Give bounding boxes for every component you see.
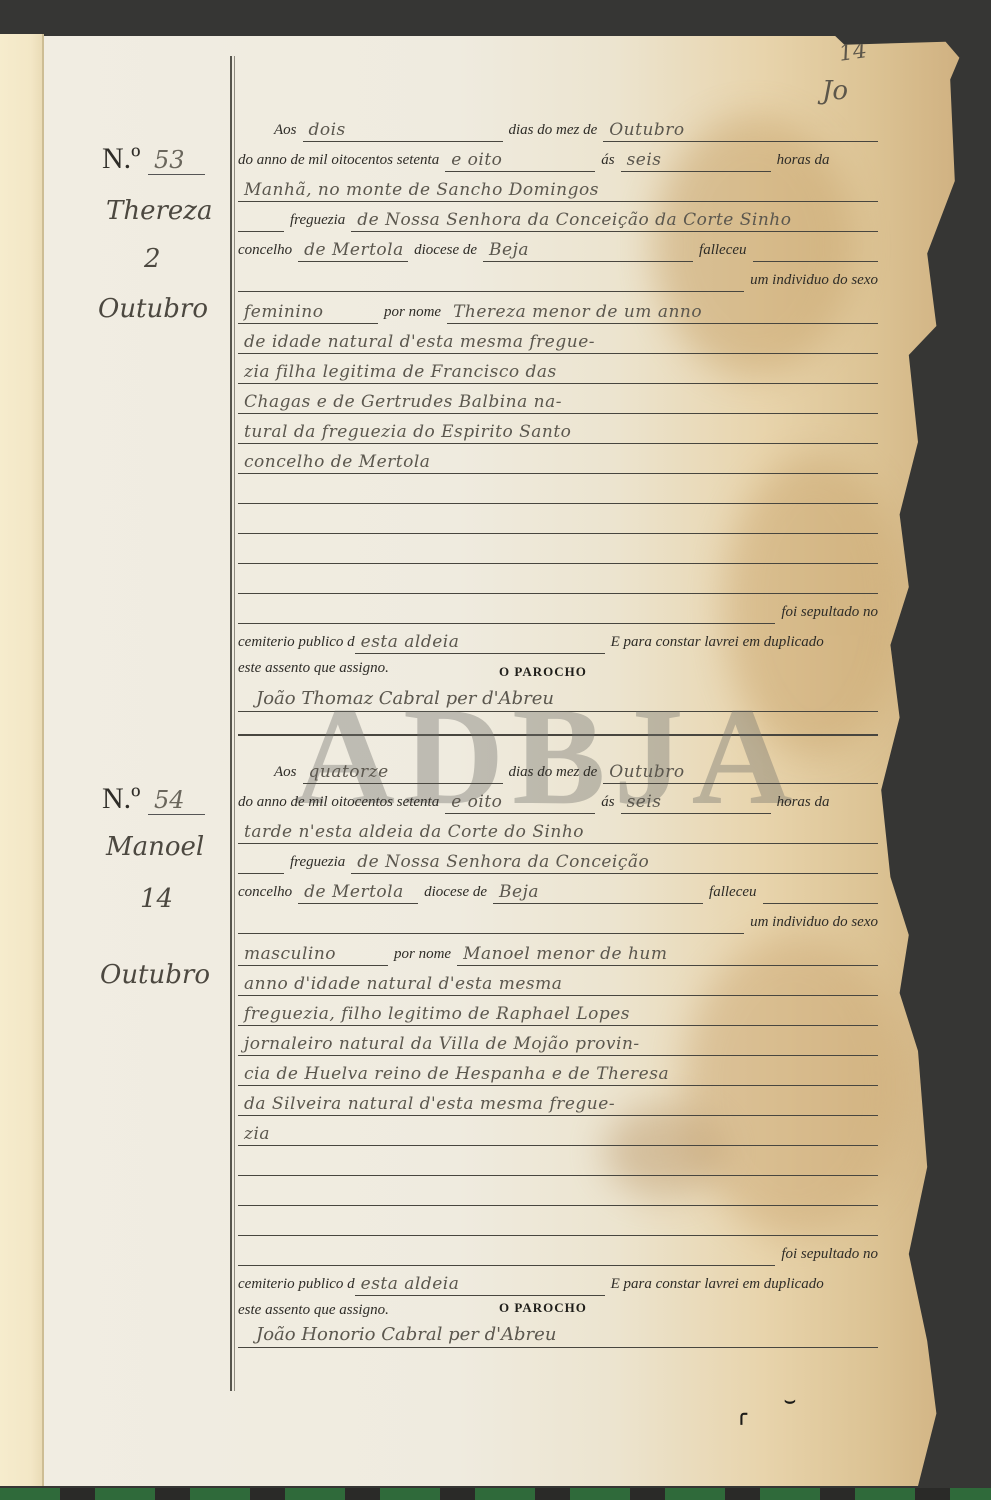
place-line: Manhã, no monte de Sancho Domingos <box>238 172 878 202</box>
blank-line <box>238 534 878 564</box>
margin-month: Outubro <box>98 294 208 324</box>
field-sexo: masculino <box>238 944 388 966</box>
scanner-color-strip <box>0 1488 991 1500</box>
field-body: da Silveira natural d'esta mesma fregue- <box>238 1094 878 1116</box>
ink-mark: ╭ <box>736 1404 747 1425</box>
field-body: freguezia, filho legitimo de Raphael Lop… <box>238 1004 878 1026</box>
entry-separator <box>238 734 878 736</box>
field-body: zia filha legitima de Francisco das <box>238 362 878 384</box>
field-year: e oito <box>445 792 595 814</box>
blank-line <box>238 1176 878 1206</box>
field-sexo: feminino <box>238 302 378 324</box>
field-hour: seis <box>621 150 771 172</box>
label-month: dias do mez de <box>509 764 598 784</box>
label-year: do anno de mil oitocentos setenta <box>238 794 439 814</box>
label-at: ás <box>601 152 614 172</box>
label-hours: horas da <box>777 794 830 814</box>
parish-priest-signature: João Thomaz Cabral per d'Abreu <box>238 688 878 712</box>
freguezia-line: freguezia de Nossa Senhora da Conceição … <box>238 202 878 232</box>
sexo-line: feminino por nome Thereza menor de um an… <box>238 294 878 324</box>
ink-mark: ⌣ <box>784 1390 796 1411</box>
field-body: anno d'idade natural d'esta mesma <box>238 974 878 996</box>
date-line: Aos dois dias do mez de Outubro <box>238 112 878 142</box>
margin-day: 14 <box>140 884 173 914</box>
sexo-line: masculino por nome Manoel menor de hum <box>238 936 878 966</box>
concelho-line: concelho de Mertola diocese de Beja fall… <box>238 874 878 904</box>
label-aos: Aos <box>274 122 297 142</box>
field-body: Thereza menor de um anno <box>447 302 878 324</box>
field-year: e oito <box>445 150 595 172</box>
label-falleceu: falleceu <box>709 884 756 904</box>
entry-number: N.º 53 <box>102 142 205 176</box>
field-diocese: Beja <box>493 882 703 904</box>
label-freguezia: freguezia <box>290 854 345 874</box>
label-freguezia: freguezia <box>290 212 345 232</box>
field-concelho: de Mertola <box>298 882 418 904</box>
field-body: cia de Huelva reino de Hespanha e de The… <box>238 1064 878 1086</box>
freguezia-line: freguezia de Nossa Senhora da Conceição <box>238 844 878 874</box>
field-body: tural da freguezia do Espirito Santo <box>238 422 878 444</box>
field-body: de idade natural d'esta mesma fregue- <box>238 332 878 354</box>
body-line: Chagas e de Gertrudes Balbina na- <box>238 384 878 414</box>
year-line: do anno de mil oitocentos setenta e oito… <box>238 142 878 172</box>
entry-number-value: 54 <box>148 786 205 815</box>
entry-number-value: 53 <box>148 146 205 175</box>
label-aos: Aos <box>274 764 297 784</box>
margin-day: 2 <box>144 244 161 274</box>
field-body: Chagas e de Gertrudes Balbina na- <box>238 392 878 414</box>
date-line: Aos quatorze dias do mez de Outubro <box>238 754 878 784</box>
label-diocese: diocese de <box>414 242 477 262</box>
field-day: quatorze <box>303 762 503 784</box>
margin-rule <box>230 56 232 1391</box>
label-assento: este assento que assigno. <box>238 1302 389 1322</box>
year-line: do anno de mil oitocentos setenta e oito… <box>238 784 878 814</box>
register-page: 14 Jo N.º 53 Thereza 2 Outubro Aos dois … <box>44 36 964 1486</box>
sexo-label-line: um individuo do sexo <box>238 904 878 934</box>
number-label: N.º <box>102 782 140 815</box>
place-line: tarde n'esta aldeia da Corte do Sinho <box>238 814 878 844</box>
margin-name: Manoel <box>106 832 204 862</box>
field-concelho: de Mertola <box>298 240 408 262</box>
blank <box>238 933 744 934</box>
facing-page-edge <box>0 34 44 1486</box>
field-body: jornaleiro natural da Villa de Mojão pro… <box>238 1034 878 1056</box>
label-sepultado: foi sepultado no <box>781 1246 878 1266</box>
blank-line <box>238 504 878 534</box>
entry-number: N.º 54 <box>102 782 205 816</box>
blank <box>238 291 744 292</box>
field-hour: seis <box>621 792 771 814</box>
body-line: tural da freguezia do Espirito Santo <box>238 414 878 444</box>
body-line: freguezia, filho legitimo de Raphael Lop… <box>238 996 878 1026</box>
label-nome: por nome <box>384 304 441 324</box>
field-freguezia: de Nossa Senhora da Conceição <box>351 852 878 874</box>
blank-line <box>238 1146 878 1176</box>
parocho-heading: O PAROCHO <box>499 1300 587 1316</box>
blank-line <box>238 474 878 504</box>
sepultado-line: foi sepultado no <box>238 1236 878 1266</box>
label-assento: este assento que assigno. <box>238 660 389 680</box>
number-label: N.º <box>102 142 140 175</box>
label-diocese: diocese de <box>424 884 487 904</box>
label-concelho: concelho <box>238 242 292 262</box>
body-line: concelho de Mertola <box>238 444 878 474</box>
field-body: Manoel menor de hum <box>457 944 878 966</box>
field-freguezia: de Nossa Senhora da Conceição da Corte S… <box>351 210 878 232</box>
margin-month: Outubro <box>100 960 210 990</box>
label-nome: por nome <box>394 946 451 966</box>
label-sexo: um individuo do sexo <box>750 272 878 292</box>
parish-priest-signature: João Honorio Cabral per d'Abreu <box>238 1324 878 1348</box>
body-line: cia de Huelva reino de Hespanha e de The… <box>238 1056 878 1086</box>
label-sepultado: foi sepultado no <box>781 604 878 624</box>
label-falleceu: falleceu <box>699 242 746 262</box>
label-hours: horas da <box>777 152 830 172</box>
field-place: tarde n'esta aldeia da Corte do Sinho <box>238 822 878 844</box>
body-line: zia <box>238 1116 878 1146</box>
folio-side: Jo <box>822 76 848 106</box>
field-month: Outubro <box>603 120 878 142</box>
body-line: anno d'idade natural d'esta mesma <box>238 966 878 996</box>
parocho-heading: O PAROCHO <box>499 664 587 680</box>
blank-line <box>238 564 878 594</box>
body-line: jornaleiro natural da Villa de Mojão pro… <box>238 1026 878 1056</box>
body-line: zia filha legitima de Francisco das <box>238 354 878 384</box>
field-day: dois <box>303 120 503 142</box>
body-line: de idade natural d'esta mesma fregue- <box>238 324 878 354</box>
concelho-line: concelho de Mertola diocese de Beja fall… <box>238 232 878 262</box>
field-body: concelho de Mertola <box>238 452 878 474</box>
label-month: dias do mez de <box>509 122 598 142</box>
field-place: Manhã, no monte de Sancho Domingos <box>238 180 878 202</box>
blank-line <box>238 1206 878 1236</box>
field-body: zia <box>238 1124 878 1146</box>
margin-rule-secondary <box>234 56 235 1391</box>
sexo-label-line: um individuo do sexo <box>238 262 878 292</box>
label-at: ás <box>601 794 614 814</box>
label-sexo: um individuo do sexo <box>750 914 878 934</box>
field-diocese: Beja <box>483 240 693 262</box>
margin-name: Thereza <box>106 196 213 226</box>
body-line: da Silveira natural d'esta mesma fregue- <box>238 1086 878 1116</box>
label-concelho: concelho <box>238 884 292 904</box>
sepultado-line: foi sepultado no <box>238 594 878 624</box>
field-month: Outubro <box>603 762 878 784</box>
label-year: do anno de mil oitocentos setenta <box>238 152 439 172</box>
